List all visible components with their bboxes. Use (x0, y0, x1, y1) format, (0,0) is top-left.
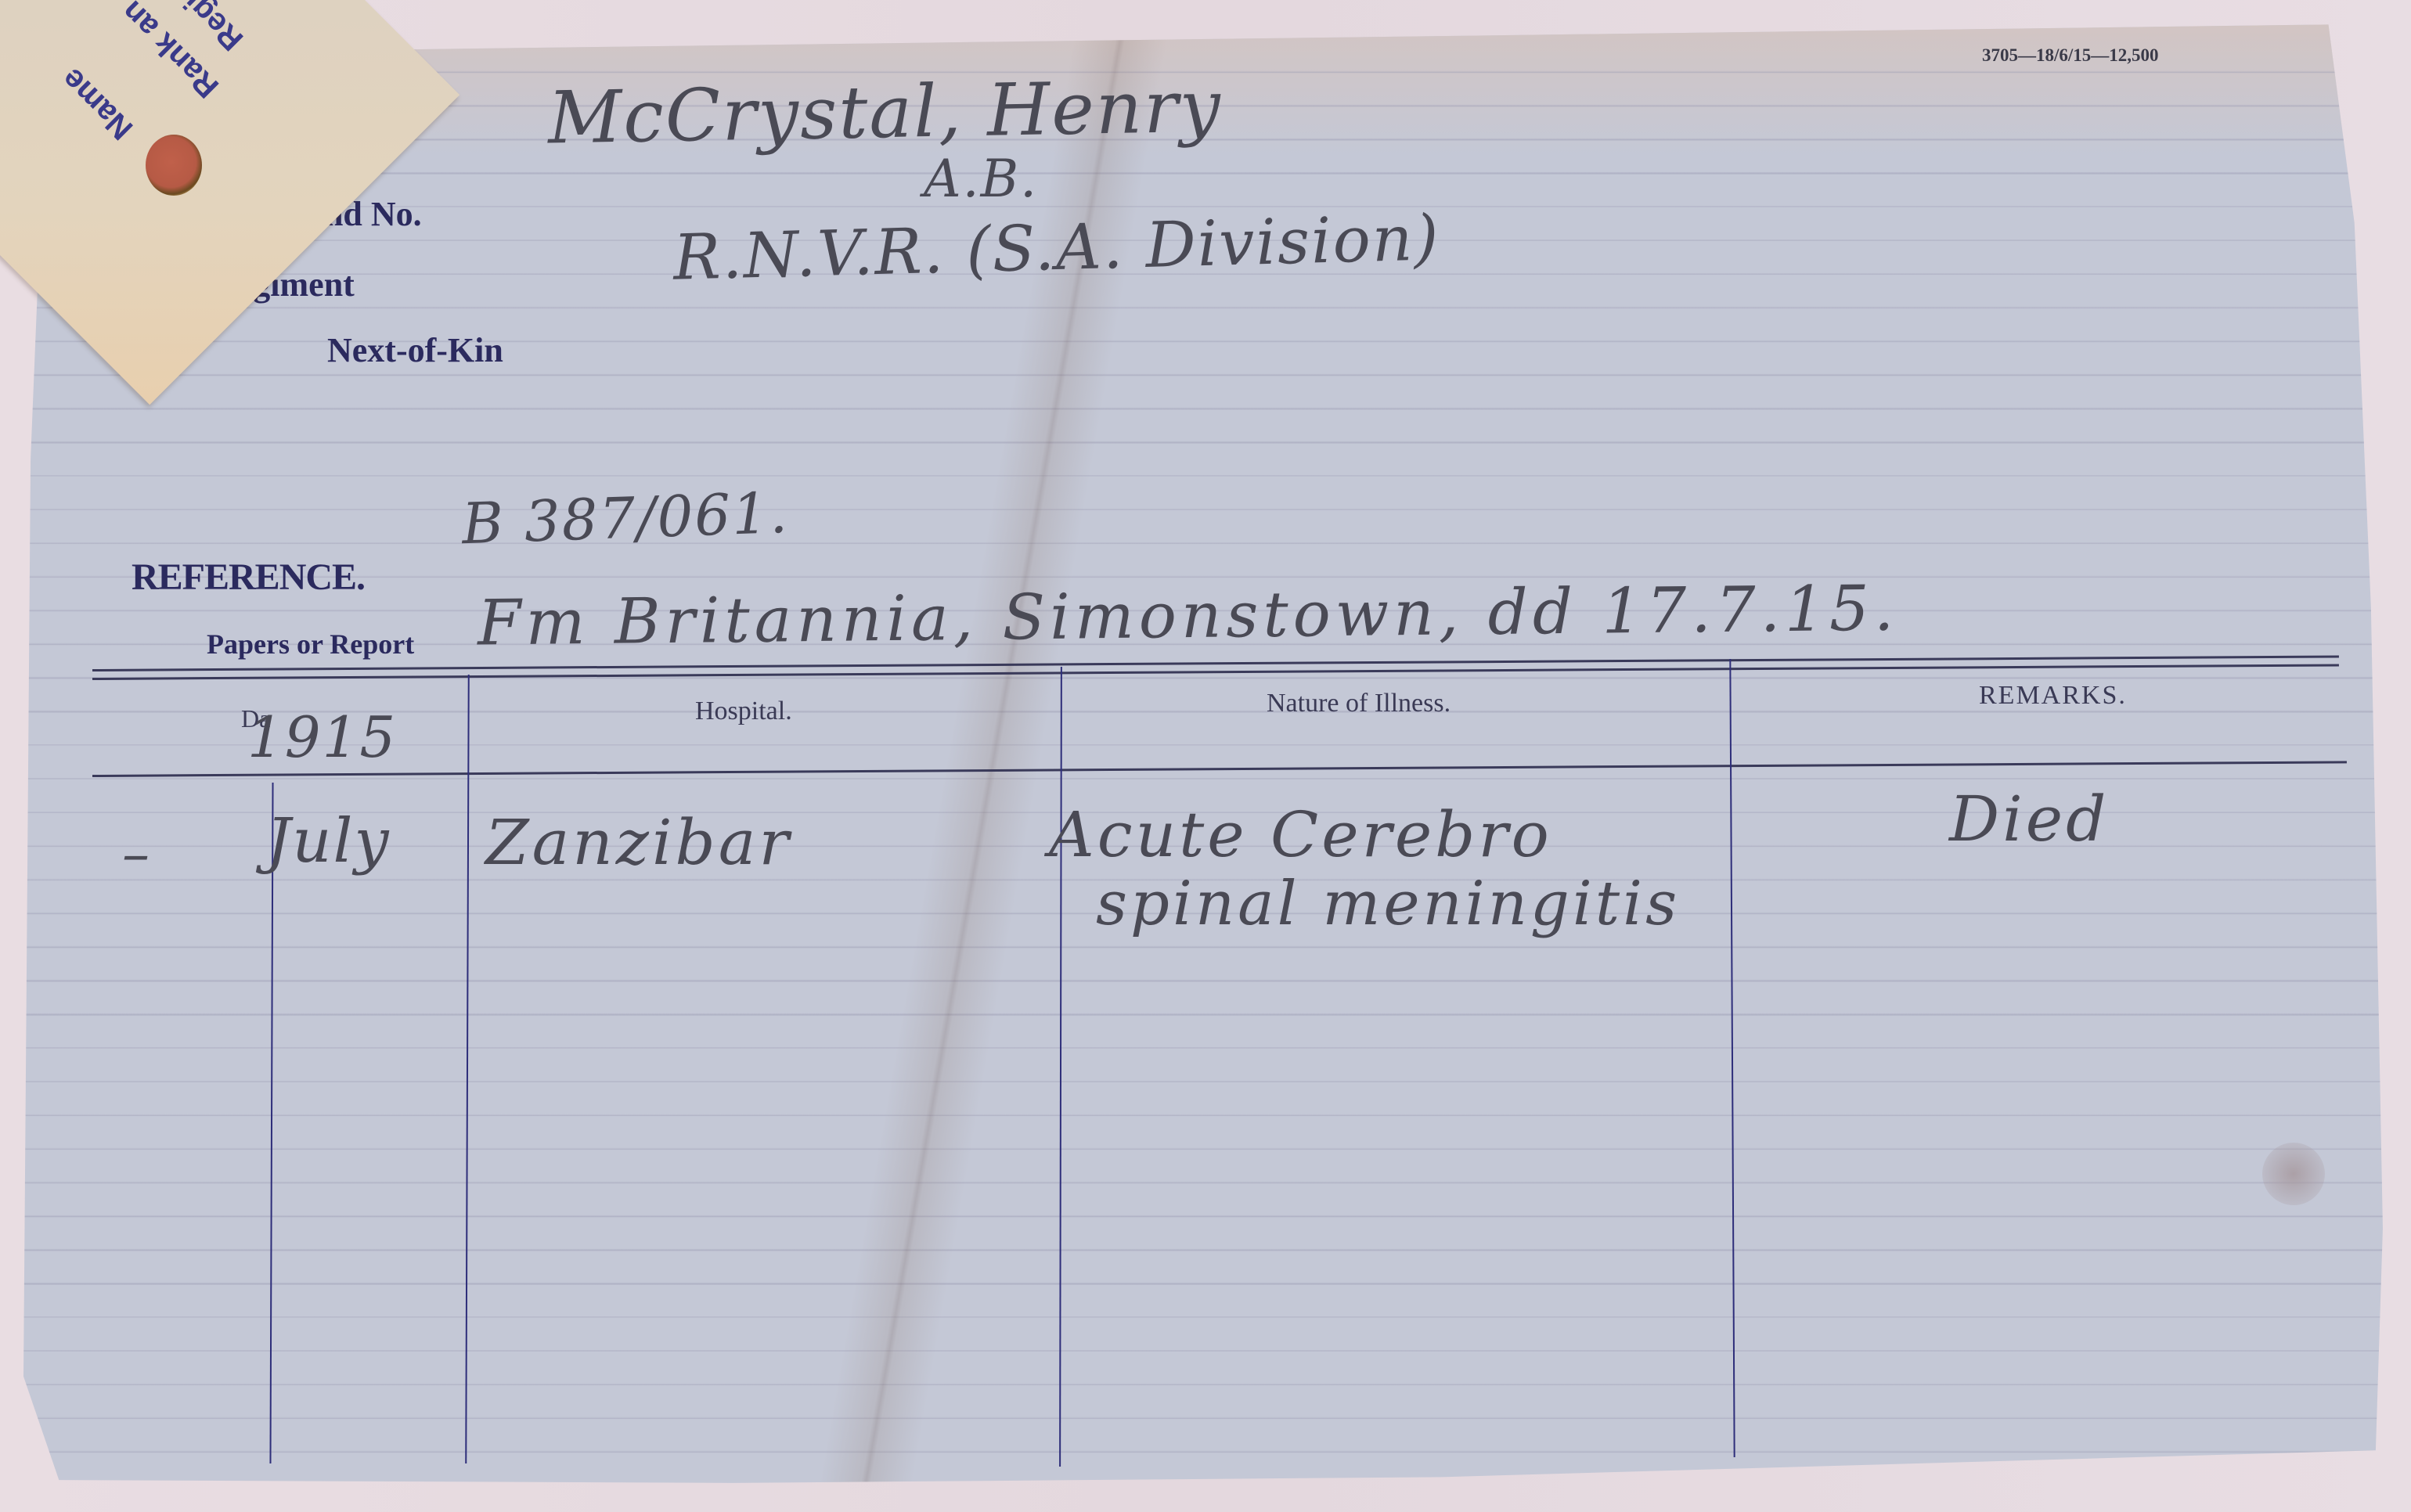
print-code: 3705—18/6/15—12,500 (1982, 45, 2159, 66)
handwritten-year: 1915 (247, 704, 397, 770)
brass-eyelet (146, 135, 202, 196)
entry-date-month: July (266, 806, 391, 877)
entry-remarks: Died (1949, 783, 2109, 855)
entry-illness-line1: Acute Cerebro (1049, 798, 1552, 871)
handwritten-name: McCrystal, Henry (547, 64, 1223, 160)
header-hospital: Hospital. (695, 697, 792, 726)
entry-date-day: – (122, 822, 151, 886)
handwritten-papers-or-report: Fm Britannia, Simonstown, dd 17.7.15. (478, 571, 1899, 659)
entry-illness-line2: spinal meningitis (1096, 869, 1680, 939)
header-nature-of-illness: Nature of Illness. (1267, 689, 1451, 718)
entry-hospital: Zanzibar (485, 806, 792, 879)
label-reference: REFERENCE. (132, 556, 365, 599)
paper-stain (2262, 1143, 2325, 1205)
header-remarks: REMARKS. (1979, 681, 2127, 711)
handwritten-reference-number: B 387/061. (461, 480, 790, 557)
handwritten-rank: A.B. (924, 149, 1038, 209)
document-photo: 3705—18/6/15—12,500 nk and No. Regiment … (0, 0, 2411, 1512)
label-papers-or-report: Papers or Report (207, 628, 414, 661)
label-next-of-kin: Next-of-Kin (327, 330, 503, 370)
